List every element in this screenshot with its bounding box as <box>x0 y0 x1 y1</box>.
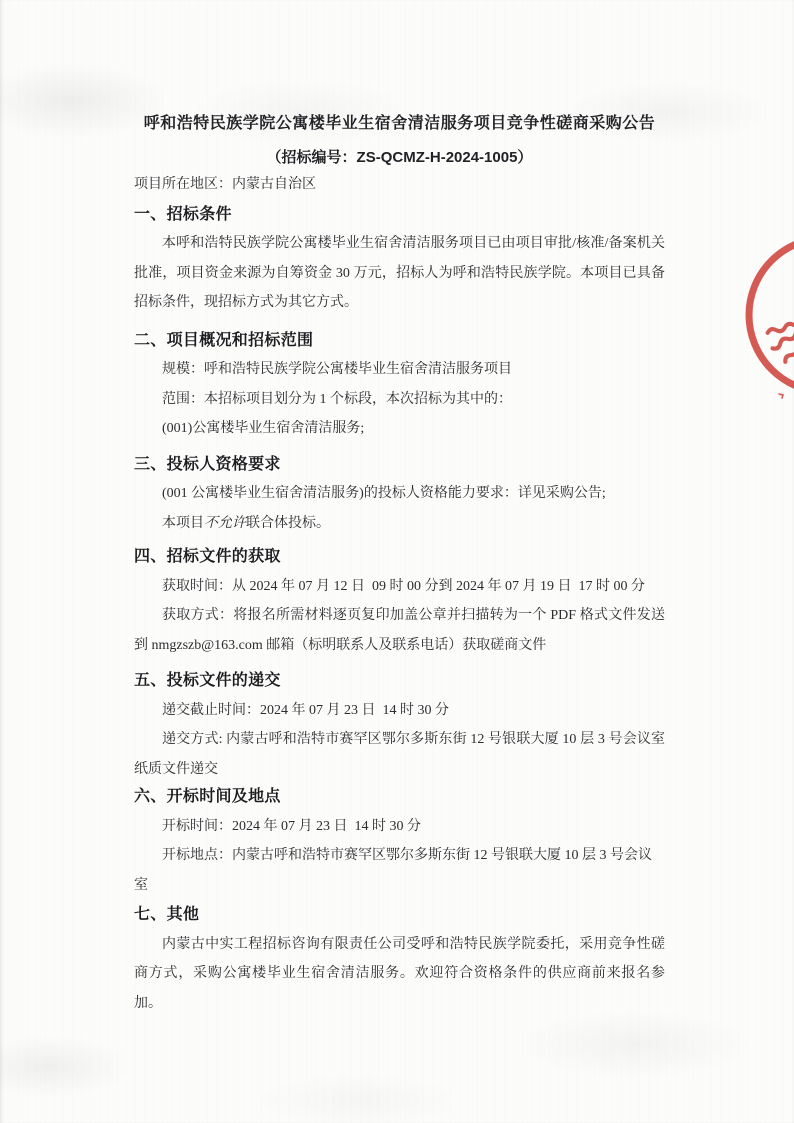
consortium-suffix: 联合体投标。 <box>246 516 330 531</box>
section-heading-1: 一、招标条件 <box>134 200 665 230</box>
section-3-qualification-line: (001 公寓楼毕业生宿舍清洁服务)的投标人资格能力要求：详见采购公告; <box>134 479 665 509</box>
consortium-not-allowed: 不允许 <box>204 516 246 531</box>
section-heading-5: 五、投标文件的递交 <box>134 666 665 696</box>
official-seal-icon <box>735 225 794 415</box>
tender-number: （招标编号：ZS-QCMZ-H-2024-1005） <box>134 146 665 170</box>
section-heading-3: 三、投标人资格要求 <box>134 450 665 480</box>
section-2-lot-line: (001)公寓楼毕业生宿舍清洁服务; <box>134 414 665 444</box>
section-2-scale-line: 规模：呼和浩特民族学院公寓楼毕业生宿舍清洁服务项目 <box>134 355 665 385</box>
section-7-paragraph: 内蒙古中实工程招标咨询有限责任公司受呼和浩特民族学院委托，采用竞争性磋商方式，采… <box>134 930 665 1019</box>
project-region-line: 项目所在地区：内蒙古自治区 <box>134 170 665 200</box>
section-4-obtain-time-line: 获取时间：从 2024 年 07 月 12 日 09 时 00 分到 2024 … <box>134 572 665 602</box>
section-heading-7: 七、其他 <box>134 900 665 930</box>
section-heading-2: 二、项目概况和招标范围 <box>134 326 665 356</box>
document-content: 呼和浩特民族学院公寓楼毕业生宿舍清洁服务项目竞争性磋商采购公告 （招标编号：ZS… <box>134 112 665 1018</box>
section-5-deadline-line: 递交截止时间：2024 年 07 月 23 日 14 时 30 分 <box>134 696 665 726</box>
section-6-open-time-line: 开标时间：2024 年 07 月 23 日 14 时 30 分 <box>134 812 665 842</box>
scanned-document-page: 呼和浩特民族学院公寓楼毕业生宿舍清洁服务项目竞争性磋商采购公告 （招标编号：ZS… <box>0 0 794 1123</box>
section-2-scope-line: 范围：本招标项目划分为 1 个标段，本次招标为其中的： <box>134 385 665 415</box>
section-4-obtain-method-paragraph: 获取方式：将报名所需材料逐页复印加盖公章并扫描转为一个 PDF 格式文件发送到 … <box>134 601 665 660</box>
consortium-prefix: 本项目 <box>162 516 204 531</box>
section-3-consortium-line: 本项目不允许联合体投标。 <box>134 509 665 539</box>
document-title: 呼和浩特民族学院公寓楼毕业生宿舍清洁服务项目竞争性磋商采购公告 <box>134 112 665 136</box>
section-heading-4: 四、招标文件的获取 <box>134 542 665 572</box>
section-1-paragraph: 本呼和浩特民族学院公寓楼毕业生宿舍清洁服务项目已由项目审批/核准/备案机关批准，… <box>134 229 665 318</box>
section-6-open-place-line: 开标地点：内蒙古呼和浩特市赛罕区鄂尔多斯东街 12 号银联大厦 10 层 3 号… <box>134 841 665 900</box>
section-heading-6: 六、开标时间及地点 <box>134 782 665 812</box>
section-5-delivery-paragraph: 递交方式: 内蒙古呼和浩特市赛罕区鄂尔多斯东街 12 号银联大厦 10 层 3 … <box>134 725 665 784</box>
